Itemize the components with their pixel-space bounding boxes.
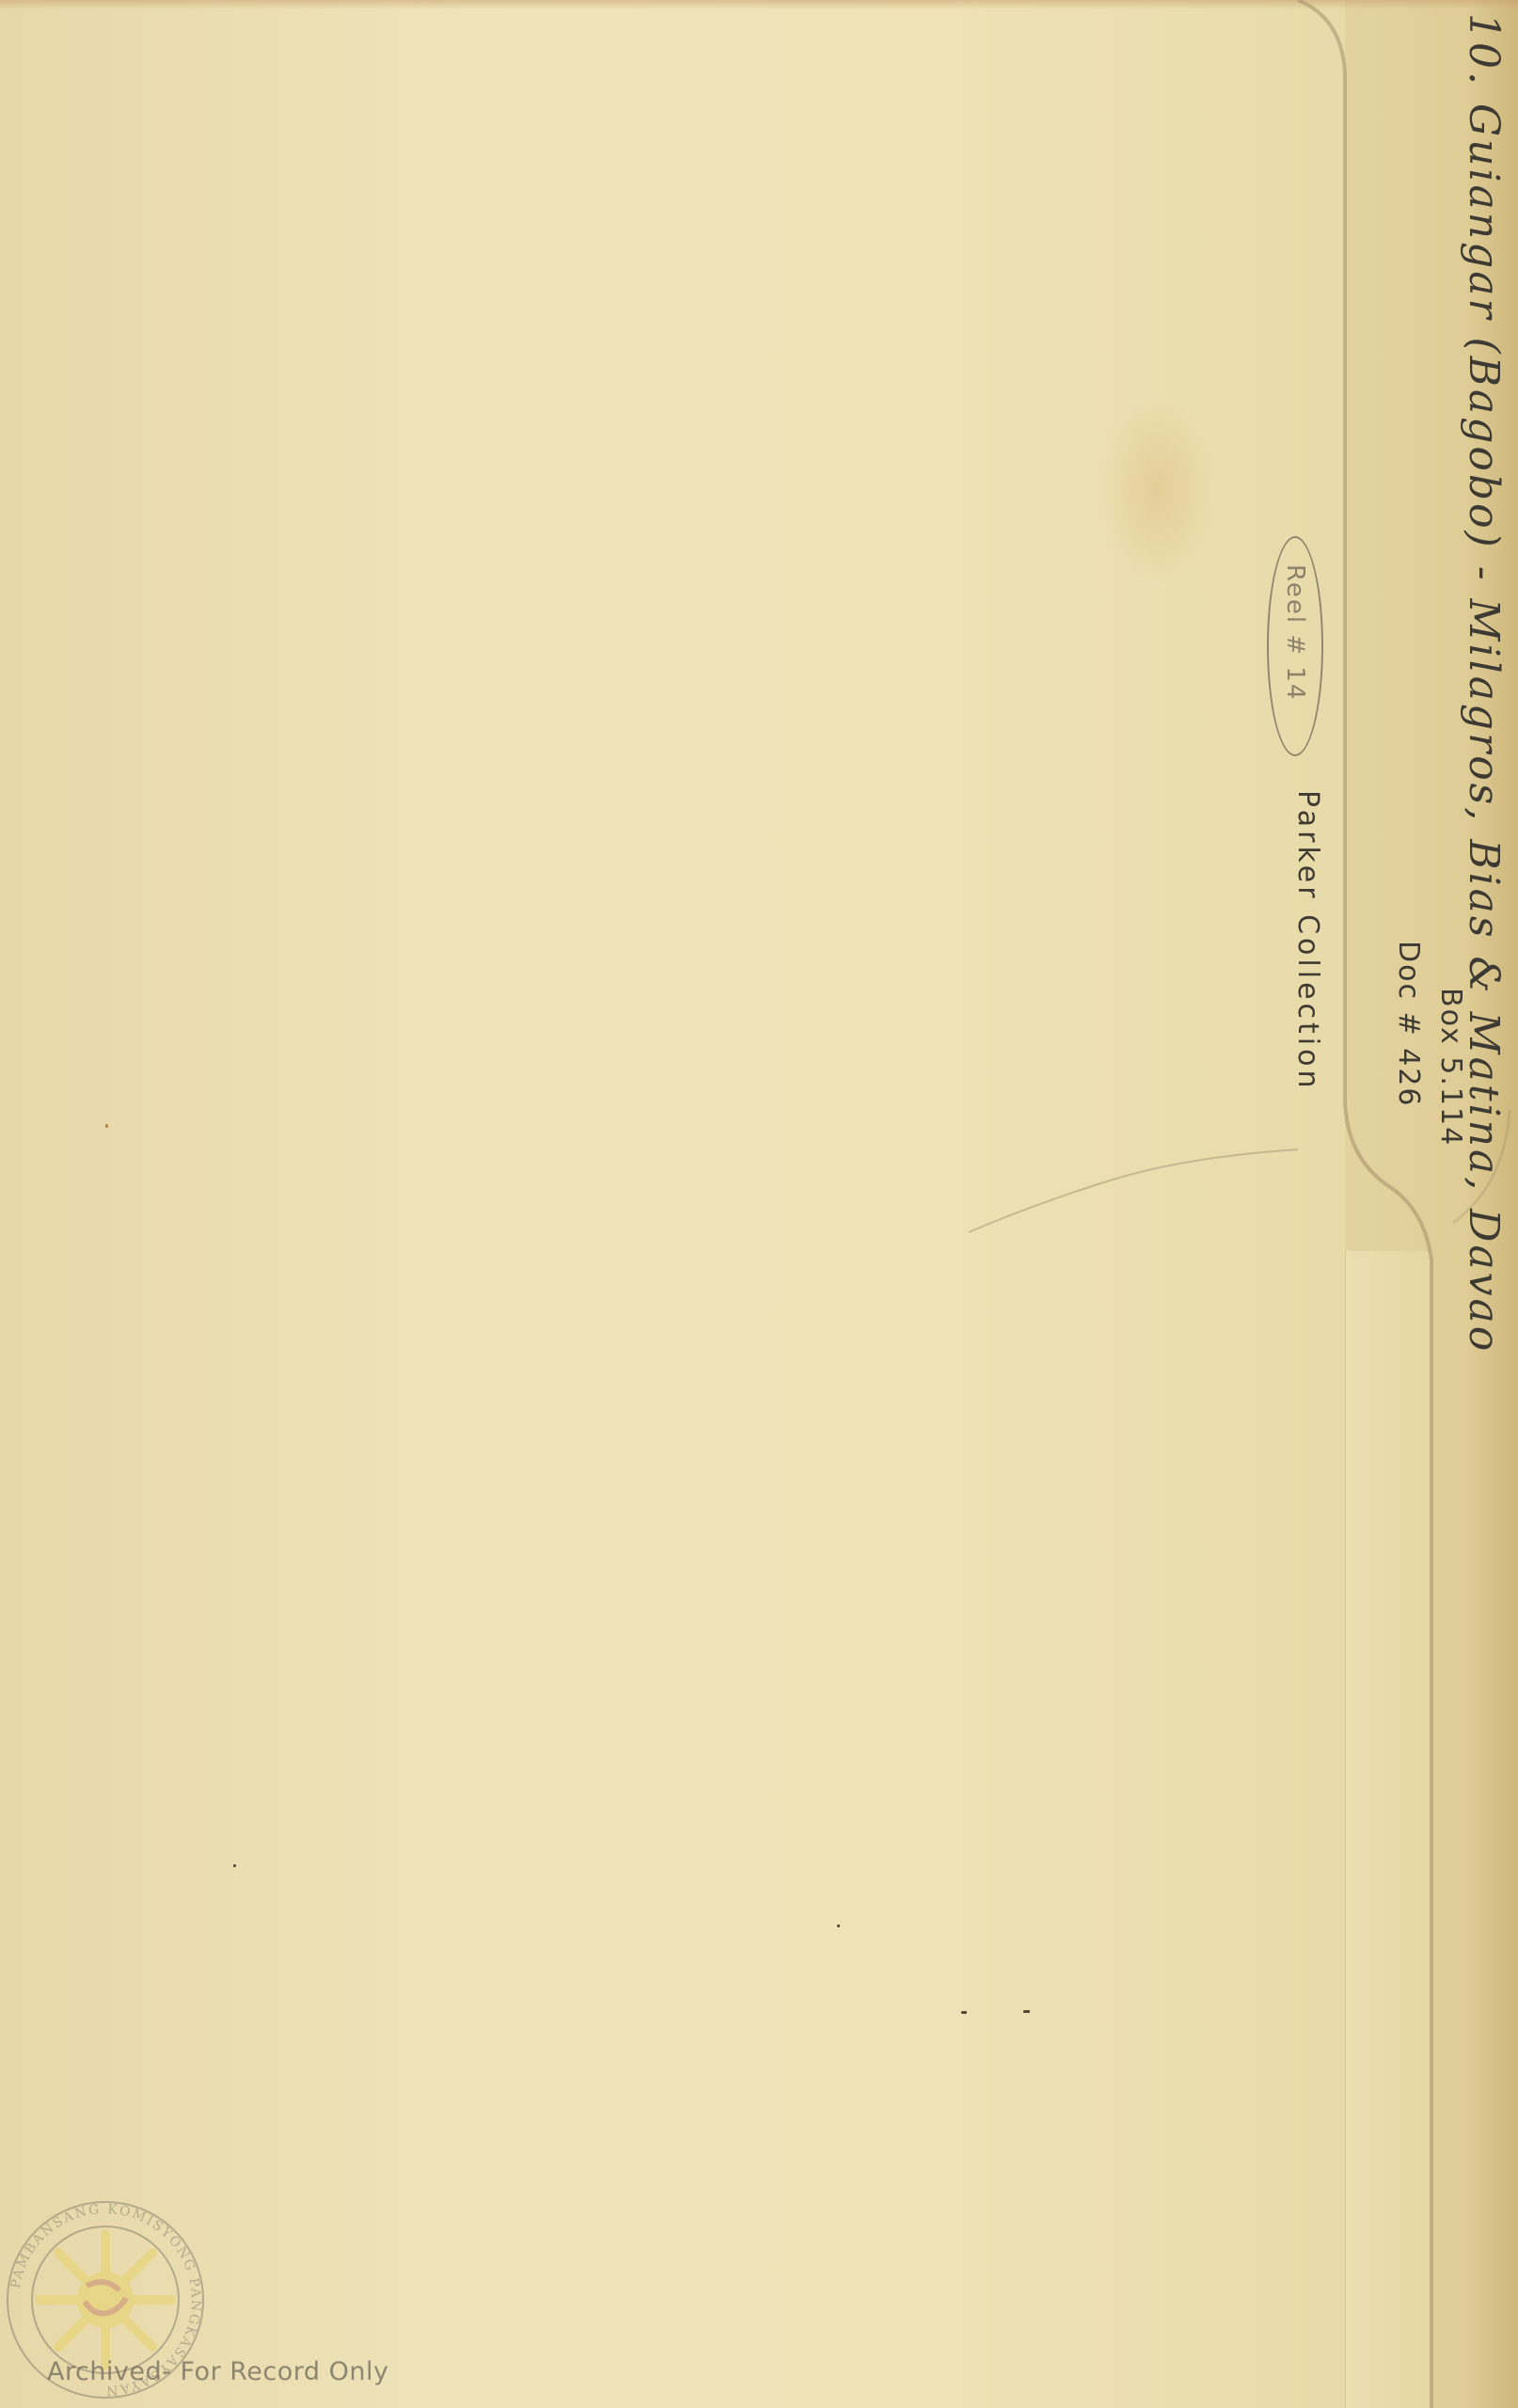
archive-watermark: Archived- For Record Only	[47, 2357, 388, 2386]
tab-label: 10. Guiangar (Bagobo) - Milagros, Bias &…	[1460, 13, 1508, 1354]
box-number: Box 5.114	[1434, 988, 1467, 1147]
document-page: 10. Guiangar (Bagobo) - Milagros, Bias &…	[0, 0, 1518, 2408]
folder-front-lower-panel	[1345, 1251, 1431, 2408]
folder-top-edge	[0, 0, 1518, 9]
doc-number: Doc # 426	[1392, 941, 1425, 1107]
reel-number: Reel # 14	[1281, 564, 1309, 702]
collection-label: Parker Collection	[1291, 790, 1324, 1091]
folder-front-panel	[0, 0, 1345, 2408]
